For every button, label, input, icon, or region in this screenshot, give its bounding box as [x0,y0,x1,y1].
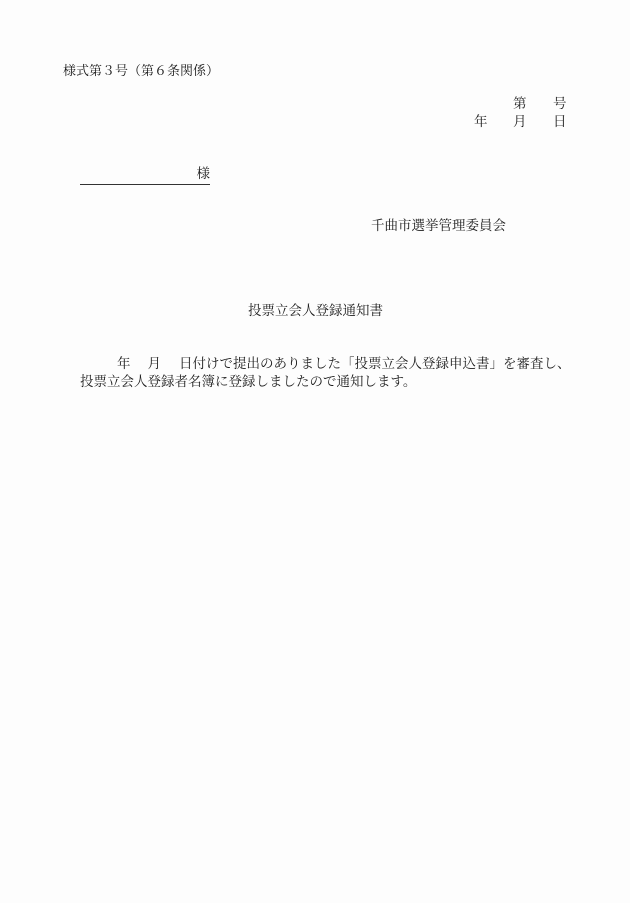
body-line-1: 年月日付けで提出のありました「投票立会人登録申込書」を審査し、 [117,358,571,372]
addressee-honorific: 様 [197,168,211,182]
body-line-2: 投票立会人登録者名簿に登録しましたので通知します。 [80,376,416,390]
sender-name: 千曲市選挙管理委員会 [371,220,506,234]
form-label: 様式第３号（第６条関係） [63,65,219,78]
number-suffix: 号 [553,98,567,112]
date-year-label: 年 [474,116,488,130]
body-month-label: 月 [148,356,162,372]
date-day-label: 日 [553,116,567,130]
body-text-rest: 日付けで提出のありました「投票立会人登録申込書」を審査し、 [179,356,571,372]
date-month-label: 月 [513,116,527,130]
number-prefix: 第 [513,98,527,112]
body-year-label: 年 [117,356,131,372]
document-title: 投票立会人登録通知書 [248,305,383,319]
addressee-line: 様 [80,168,210,185]
